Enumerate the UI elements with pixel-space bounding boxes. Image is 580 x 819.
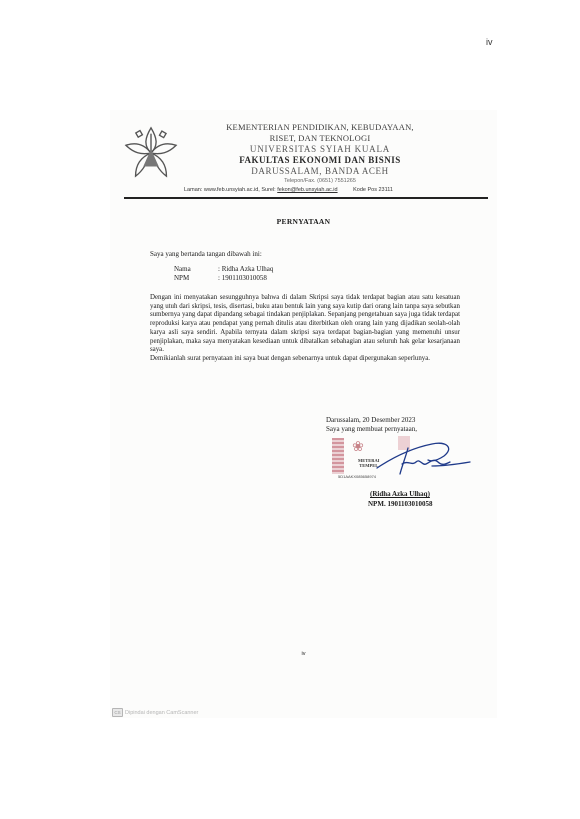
scan-page-number: iv: [110, 651, 497, 657]
camscanner-logo-icon: CS: [112, 708, 123, 717]
identity-row-npm: NPM : 1901103010058: [174, 274, 273, 283]
handwritten-signature-icon: [372, 438, 472, 478]
letterhead: KEMENTERIAN PENDIDIKAN, KEBUDAYAAN, RISE…: [110, 110, 497, 210]
faculty-location: DARUSSALAM, BANDA ACEH: [190, 166, 450, 177]
letterhead-text: KEMENTERIAN PENDIDIKAN, KEBUDAYAAN, RISE…: [190, 122, 450, 185]
watermark-text: Dipindai dengan CamScanner: [125, 710, 198, 716]
signature-statement: Saya yang membuat pernyataan,: [326, 425, 466, 434]
phone-fax: Telepon/Fax. (0651) 7551265: [190, 177, 450, 185]
email-link[interactable]: fekon@feb.unsyiah.ac.id: [277, 187, 337, 193]
identity-row-name: Nama : Ridha Azka Ulhaq: [174, 265, 273, 274]
identity-label: NPM: [174, 274, 218, 283]
revenue-stamp: [332, 438, 344, 474]
statement-paragraph: Dengan ini menyatakan sesungguhnya bahwa…: [150, 294, 460, 355]
identity-table: Nama : Ridha Azka Ulhaq NPM : 1901103010…: [174, 265, 273, 283]
signer-name: (Ridha Azka Ulhaq): [370, 490, 430, 498]
signer-npm: NPM. 1901103010058: [368, 500, 433, 508]
scanned-page: KEMENTERIAN PENDIDIKAN, KEBUDAYAAN, RISE…: [110, 110, 497, 718]
ministry-name: KEMENTERIAN PENDIDIKAN, KEBUDAYAAN,: [190, 122, 450, 133]
document-title: PERNYATAAN: [110, 217, 497, 226]
place-date: Darussalam, 20 Desember 2023: [326, 416, 466, 425]
website-text: Laman: www.feb.unsyiah.ac.id, Surel:: [184, 187, 276, 193]
camscanner-watermark: CS Dipindai dengan CamScanner: [112, 708, 198, 717]
university-emblem-icon: [122, 124, 180, 182]
university-name: UNIVERSITAS SYIAH KUALA: [190, 144, 450, 155]
garuda-emblem-icon: ❀: [348, 438, 368, 458]
signature-header: Darussalam, 20 Desember 2023 Saya yang m…: [326, 416, 466, 434]
identity-value: : Ridha Azka Ulhaq: [218, 265, 273, 274]
stamp-signature-area: ❀ METERAI TEMPEL 5D1AAKX085658974: [332, 436, 472, 486]
postal-code: Kode Pos 23111: [353, 187, 393, 193]
intro-text: Saya yang bertanda tangan dibawah ini:: [150, 250, 262, 258]
faculty-name: FAKULTAS EKONOMI DAN BISNIS: [190, 155, 450, 166]
statement-body: Dengan ini menyatakan sesungguhnya bahwa…: [150, 294, 460, 364]
contact-line: Laman: www.feb.unsyiah.ac.id, Surel: fek…: [184, 187, 494, 193]
closing-paragraph: Demikianlah surat pernyataan ini saya bu…: [150, 355, 460, 364]
page-number: iv: [486, 37, 493, 47]
letterhead-divider: [124, 197, 488, 199]
identity-value: : 1901103010058: [218, 274, 267, 283]
meterai-serial: 5D1AAKX085658974: [338, 474, 376, 479]
identity-label: Nama: [174, 265, 218, 274]
ministry-name-2: RISET, DAN TEKNOLOGI: [190, 133, 450, 144]
